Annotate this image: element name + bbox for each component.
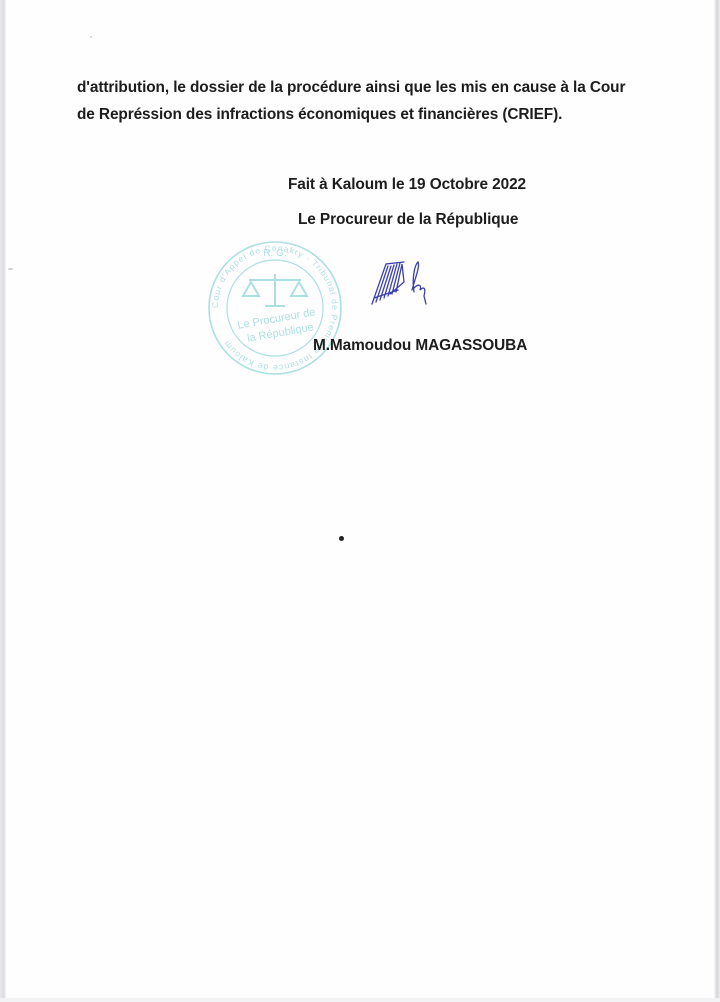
handwritten-signature <box>368 258 448 310</box>
ink-dot <box>339 536 344 541</box>
body-text-line-2: de Représsion des infractions économique… <box>77 106 562 124</box>
page-edge-left <box>0 0 6 1002</box>
signatory-title: Le Procureur de la République <box>298 211 518 229</box>
scan-speck <box>90 36 92 38</box>
page-edge-right <box>714 0 720 1002</box>
place-date: Fait à Kaloum le 19 Octobre 2022 <box>288 176 526 194</box>
scales-of-justice-icon <box>243 274 307 306</box>
signatory-name: M.Mamoudou MAGASSOUBA <box>313 337 527 355</box>
scan-speck <box>8 268 13 270</box>
stamp-top-text: R. G. <box>263 248 286 259</box>
document-page <box>6 0 714 998</box>
page-edge-bottom <box>0 998 720 1002</box>
body-text-line-1: d'attribution, le dossier de la procédur… <box>77 79 625 97</box>
official-stamp: Cour d'Appel de Conakry · Tribunal de Pr… <box>205 238 345 378</box>
